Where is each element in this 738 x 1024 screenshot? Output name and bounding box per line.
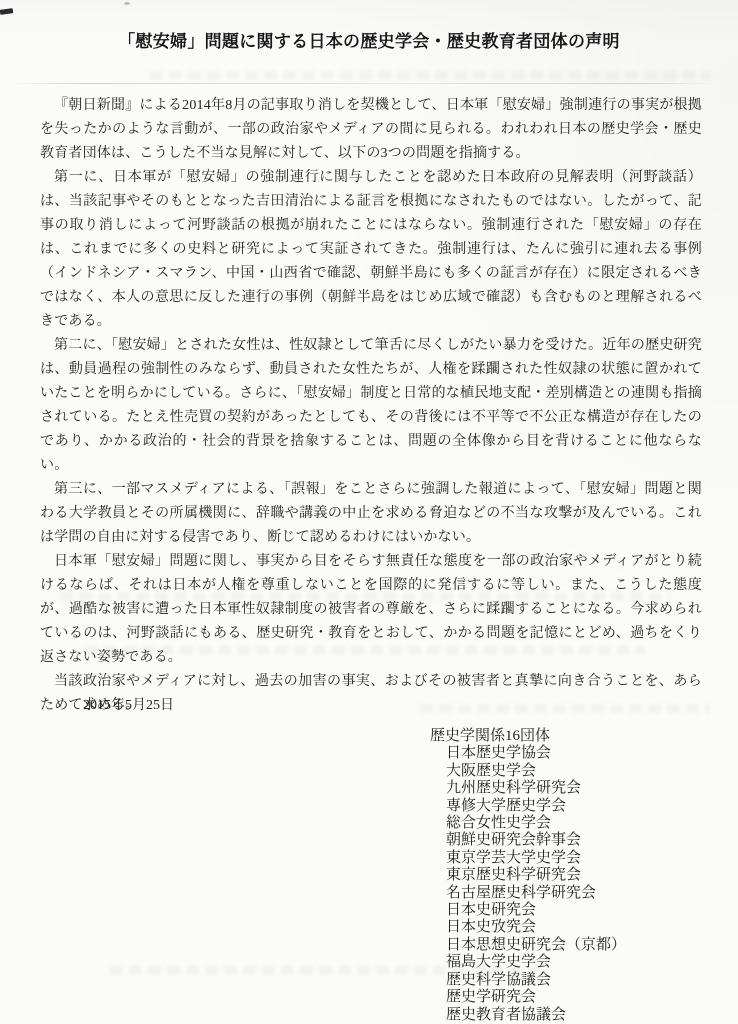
- signatory-org: 歴史教育者協議会: [446, 1007, 626, 1024]
- scan-artifact-speck: [0, 8, 13, 15]
- signatory-org: 大阪歴史学会: [446, 763, 626, 780]
- document-date: 2015年5月25日: [83, 696, 174, 716]
- signatories-heading: 歴史学関係16団体: [430, 728, 626, 745]
- document-title: 「慰安婦」問題に関する日本の歴史学会・歴史教育者団体の声明: [0, 31, 738, 53]
- signatory-org: 東京学芸大学史学会: [446, 850, 626, 867]
- signatory-org: 名古屋歴史科学研究会: [446, 885, 626, 902]
- paragraph-intro: 『朝日新聞』による2014年8月の記事取り消しを契機として、日本軍「慰安婦」強制…: [40, 94, 702, 166]
- paragraph-point-2: 第二に、「慰安婦」とされた女性は、性奴隷として筆舌に尽くしがたい暴力を受けた。近…: [40, 334, 702, 478]
- scan-artifact-line: [12, 83, 714, 84]
- signatory-org: 歴史学研究会: [446, 989, 626, 1006]
- paragraph-point-3: 第三に、一部マスメディアによる、「誤報」をことさらに強調した報道によって、「慰安…: [40, 478, 702, 550]
- page-bleedthrough-texture: [150, 71, 710, 80]
- signatories-block: 歴史学関係16団体 日本歴史学協会 大阪歴史学会 九州歴史科学研究会 専修大学歴…: [430, 728, 626, 1024]
- signatory-org: 九州歴史科学研究会: [446, 780, 626, 797]
- signatory-org: 総合女性史学会: [446, 815, 626, 832]
- scanned-document-page: 「慰安婦」問題に関する日本の歴史学会・歴史教育者団体の声明 『朝日新聞』による2…: [0, 0, 738, 1024]
- document-body: 『朝日新聞』による2014年8月の記事取り消しを契機として、日本軍「慰安婦」強制…: [40, 94, 702, 718]
- paragraph-point-1: 第一に、日本軍が「慰安婦」の強制連行に関与したことを認めた日本政府の見解表明（河…: [40, 166, 702, 334]
- paragraph-appeal: 日本軍「慰安婦」問題に関し、事実から目をそらす無責任な態度を一部の政治家やメディ…: [40, 550, 702, 670]
- signatory-org: 日本思想史研究会（京都）: [446, 937, 626, 954]
- signatory-org: 日本史攷究会: [446, 919, 626, 936]
- signatory-org: 歴史科学協議会: [446, 972, 626, 989]
- signatory-org: 日本史研究会: [446, 902, 626, 919]
- signatory-org: 東京歴史科学研究会: [446, 867, 626, 884]
- signatories-list: 日本歴史学協会 大阪歴史学会 九州歴史科学研究会 専修大学歴史学会 総合女性史学…: [430, 745, 626, 1024]
- signatory-org: 専修大学歴史学会: [446, 798, 626, 815]
- scan-artifact-dot: [124, 2, 130, 5]
- signatory-org: 日本歴史学協会: [446, 745, 626, 762]
- signatory-org: 福島大学史学会: [446, 954, 626, 971]
- signatory-org: 朝鮮史研究会幹事会: [446, 832, 626, 849]
